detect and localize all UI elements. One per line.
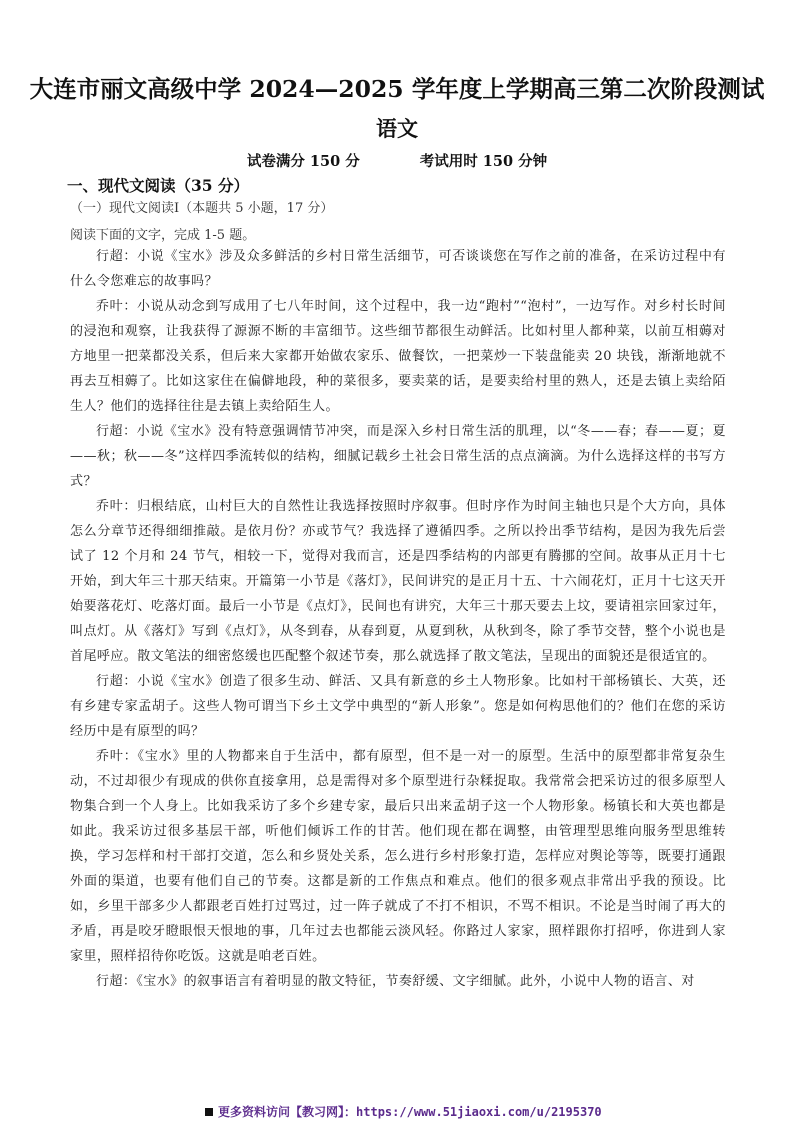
- passage-paragraph: 行超：小说《宝水》没有特意强调情节冲突，而是深入乡村日常生活的肌理，以“冬——春…: [70, 419, 726, 494]
- footer-link[interactable]: 更多资料访问【教习网】：https://www.51jiaoxi.com/u/2…: [205, 1103, 602, 1120]
- passage-paragraph: 乔叶：《宝水》里的人物都来自于生活中，都有原型，但不是一对一的原型。生活中的原型…: [70, 744, 726, 969]
- exam-meta: 试卷满分 150 分考试用时 150 分钟: [0, 150, 794, 171]
- full-score: 试卷满分 150 分: [247, 150, 360, 171]
- passage-paragraph: 行超：小说《宝水》涉及众多鲜活的乡村日常生活细节，可否谈谈您在写作之前的准备，在…: [70, 244, 726, 294]
- reading-passage: 行超：小说《宝水》涉及众多鲜活的乡村日常生活细节，可否谈谈您在写作之前的准备，在…: [70, 244, 726, 994]
- footer-url[interactable]: https://www.51jiaoxi.com/u/2195370: [356, 1105, 602, 1119]
- passage-paragraph: 行超：《宝水》的叙事语言有着明显的散文特征，节奏舒缓、文字细腻。此外，小说中人物…: [70, 969, 726, 994]
- section-heading: 一、现代文阅读（35 分）: [67, 174, 249, 196]
- passage-paragraph: 乔叶：小说从动念到写成用了七八年时间，这个过程中，我一边“跑村”“泡村”，一边写…: [70, 294, 726, 419]
- exam-title: 大连市丽文高级中学 2024—2025 学年度上学期高三第二次阶段测试: [0, 70, 794, 104]
- footer-label: 更多资料访问【教习网】：: [218, 1105, 356, 1119]
- reading-instruction: 阅读下面的文字，完成 1-5 题。: [70, 224, 255, 243]
- passage-paragraph: 行超：小说《宝水》创造了很多生动、鲜活、又具有新意的乡土人物形象。比如村干部杨镇…: [70, 669, 726, 744]
- exam-page: 大连市丽文高级中学 2024—2025 学年度上学期高三第二次阶段测试 语文 试…: [0, 0, 794, 1124]
- passage-paragraph: 乔叶：归根结底，山村巨大的自然性让我选择按照时序叙事。但时序作为时间主轴也只是个…: [70, 494, 726, 669]
- subject-title: 语文: [0, 113, 794, 143]
- exam-duration: 考试用时 150 分钟: [420, 150, 547, 171]
- section-subheading: （一）现代文阅读Ⅰ（本题共 5 小题，17 分）: [70, 197, 333, 216]
- flag-icon: [205, 1108, 213, 1116]
